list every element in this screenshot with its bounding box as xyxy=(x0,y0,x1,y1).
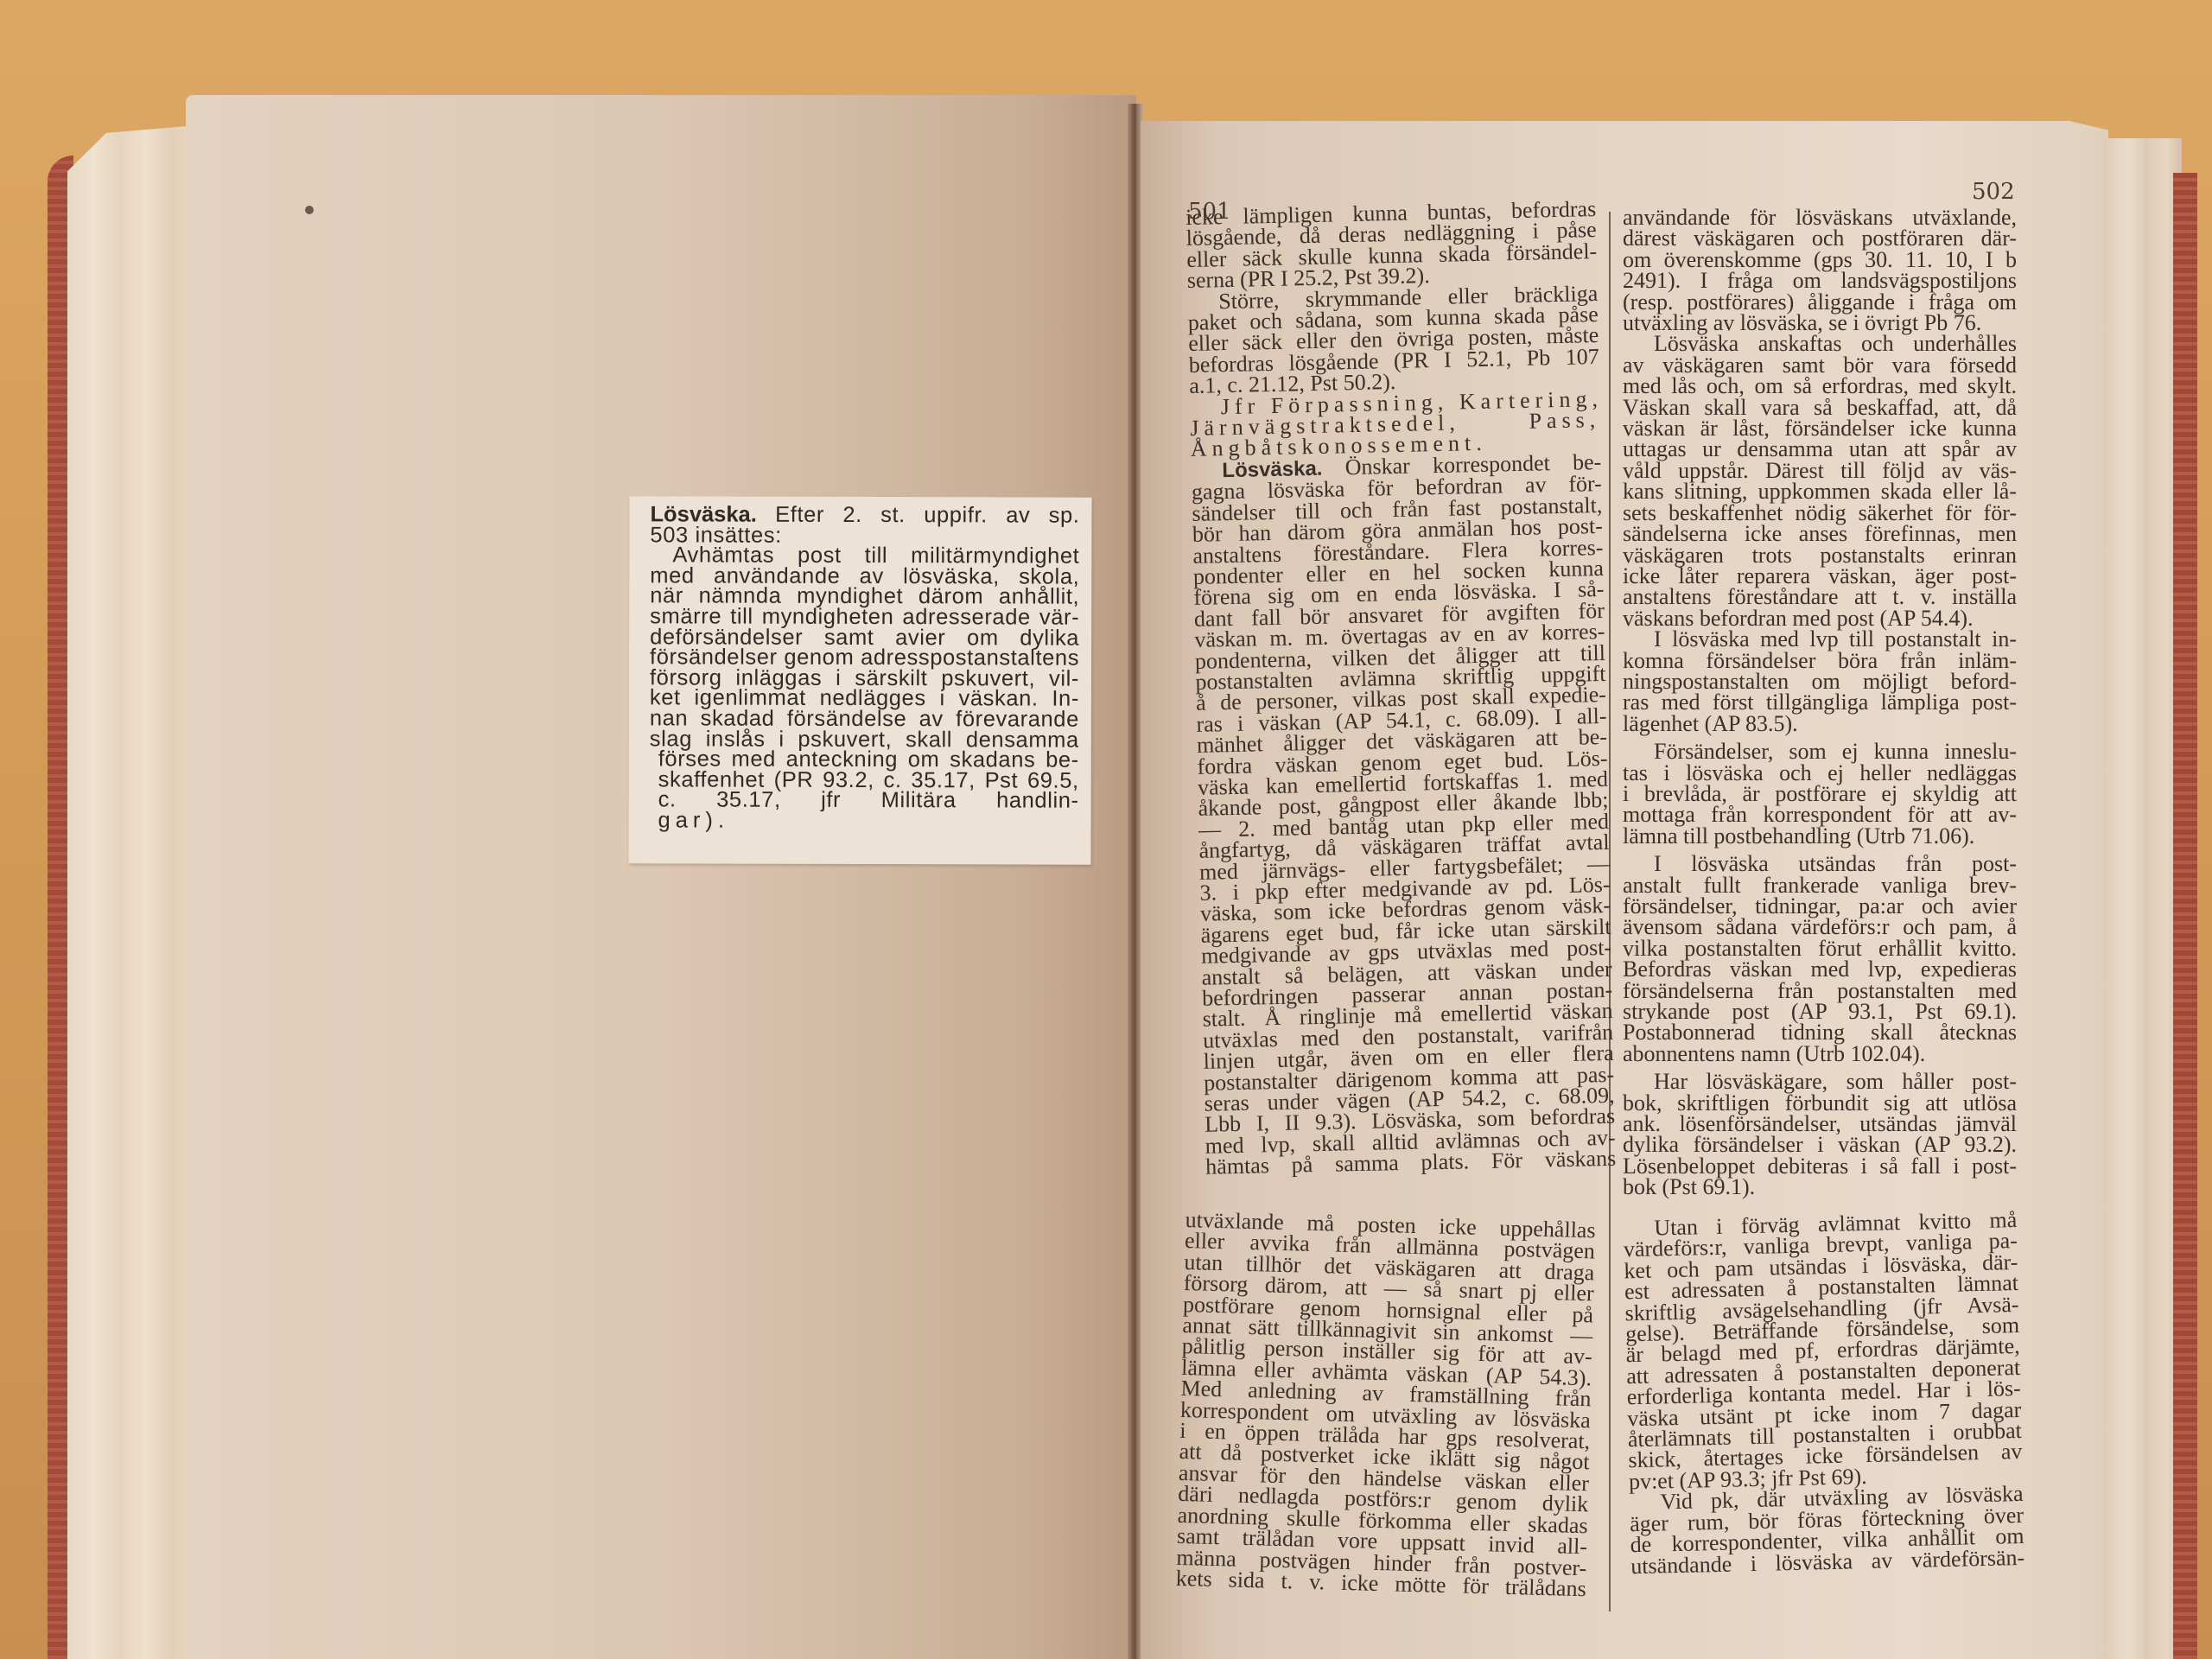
text-line: lämna till postbehandling (Utrb 71.06). xyxy=(1623,826,2017,847)
page-number-502: 502 xyxy=(1972,179,2015,205)
text-line: I lösväska utsändas från post- xyxy=(1623,854,2017,874)
paper-speck xyxy=(305,206,314,214)
right-page-column-1: icke lämpligen kunna buntas, befordras l… xyxy=(1185,199,1616,1178)
text-line: lägenhet (AP 83.5). xyxy=(1623,714,2017,734)
text-line: sändelserna icke anses förefinnas, men xyxy=(1623,524,2017,544)
book-cover-right-edge xyxy=(2173,173,2197,1659)
text-line: Försändelser, som ej kunna inneslu- xyxy=(1623,741,2017,762)
text-line: abonnentens namn (Utrb 102.04). xyxy=(1623,1044,2017,1065)
clipping-line: gar). xyxy=(650,810,1079,832)
text-line: bok (Pst 69.1). xyxy=(1623,1177,2017,1198)
text-line: I lösväska med lvp till postanstalt in- xyxy=(1623,629,2017,650)
right-page-column-2: användande för lösväskans utväxlande, dä… xyxy=(1623,207,2017,1198)
text-line: 2491). I fråga om landsvägspostiljons xyxy=(1623,270,2017,291)
text-line: Befordras väskan med lvp, expedieras xyxy=(1623,959,2017,980)
page-stack-left xyxy=(67,125,197,1659)
text-line: Har lösväskägare, som håller post- xyxy=(1623,1071,2017,1092)
text-line: med lås och, om så erfordras, med skylt. xyxy=(1623,376,2017,397)
right-page-column-2-lower: Utan i förväg avlämnat kvitto må värdefö… xyxy=(1623,1210,2024,1577)
pasted-clipping: Lösväska. Efter 2. st. uppifr. av sp. 50… xyxy=(628,496,1091,864)
left-page xyxy=(186,95,1136,1659)
desk-background: Lösväska. Efter 2. st. uppifr. av sp. 50… xyxy=(0,0,2212,1659)
right-page-column-1-lower: utväxlande må posten icke uppehållas ell… xyxy=(1176,1210,1596,1600)
page-stack-right xyxy=(2104,138,2182,1659)
clipping-text: Efter 2. st. uppifr. av sp. xyxy=(775,503,1079,528)
